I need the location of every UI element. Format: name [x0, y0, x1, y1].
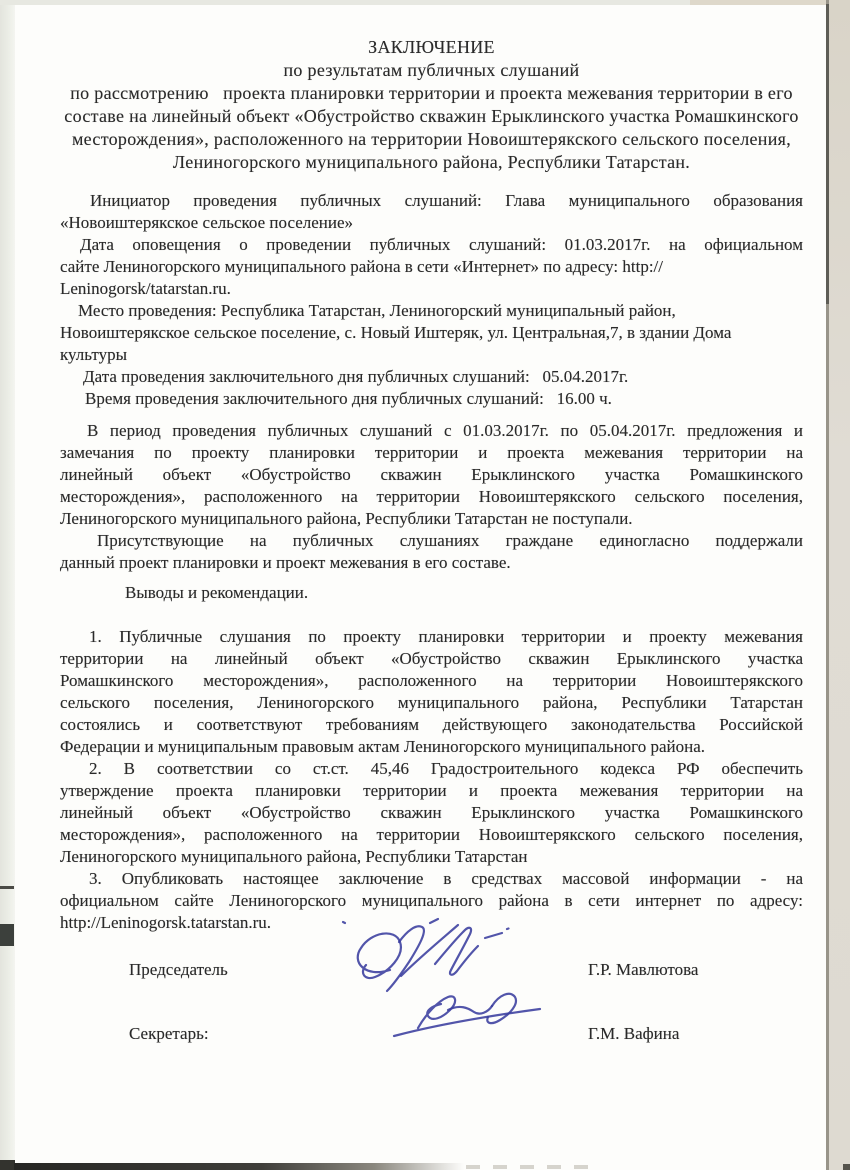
text-line: по результатам публичных слушаний [60, 59, 803, 82]
text-line: «Новоиштерякское сельское поселение» [60, 212, 803, 234]
scan-artifact-left-bottom [0, 1160, 15, 1170]
text-line: данный проект планировки и проект межева… [60, 552, 803, 574]
text-line: 1. Публичные слушания по проекту планиро… [60, 626, 803, 648]
scanner-edge-right [829, 0, 850, 1170]
text-line: Время проведения заключительного дня пуб… [60, 388, 803, 410]
text-line: состоялись и соответствуют требованиям д… [60, 714, 803, 736]
text-line: культуры [60, 344, 803, 366]
text-line: Дата оповещения о проведении публичных с… [60, 234, 803, 256]
text-line: Федерации и муниципальным правовым актам… [60, 736, 803, 758]
text-line: Инициатор проведения публичных слушаний:… [60, 190, 803, 212]
text-line: месторождения», расположенного на террит… [60, 824, 803, 846]
signatory-name: Г.М. Вафина [588, 1023, 679, 1045]
scan-artifact-bottom-strip [14, 1163, 464, 1170]
signatory-name: Г.Р. Мавлютова [588, 959, 698, 981]
text-line: официальном сайте Лениногорского муницип… [60, 890, 803, 912]
text-line: Лениногорского муниципального района, Ре… [60, 846, 803, 868]
text-line: В период проведения публичных слушаний с… [60, 420, 803, 442]
text-line: Лениногорского муниципального района, Ре… [60, 151, 803, 174]
text-line: 3. Опубликовать настоящее заключение в с… [60, 868, 803, 890]
page-right-border-line-dark [826, 4, 829, 304]
text-line: Новоиштерякское сельское поселение, с. Н… [60, 322, 803, 344]
document-body: ЗАКЛЮЧЕНИЕпо результатам публичных слуша… [60, 36, 803, 1045]
text-line: Присутствующие на публичных слушаниях гр… [60, 530, 803, 552]
text-line: утверждение проекта планировки территори… [60, 780, 803, 802]
text-line: Leninogorsk/tatarstan.ru. [60, 278, 803, 300]
secretary-signature-ink [388, 980, 553, 1042]
text-line: территории на линейный объект «Обустройс… [60, 648, 803, 670]
text-line: месторождения», расположенного на террит… [60, 486, 803, 508]
text-line: Место проведения: Республика Татарстан, … [60, 300, 803, 322]
scan-artifact-left-line [0, 886, 14, 889]
text-line: по рассмотрению проекта планировки терри… [60, 82, 803, 105]
text-line: линейный объект «Обустройство скважин Ер… [60, 464, 803, 486]
text-line: ЗАКЛЮЧЕНИЕ [60, 36, 803, 59]
text-line: Лениногорского муниципального района, Ре… [60, 508, 803, 530]
text-line: Дата проведения заключительного дня публ… [60, 366, 803, 388]
signature-role-label: Секретарь: [129, 1023, 209, 1045]
text-line: сельского поселения, Лениногорского муни… [60, 692, 803, 714]
scanner-edge-left [0, 0, 15, 1170]
text-line: Ромашкинского месторождения», расположен… [60, 670, 803, 692]
text-line: сайте Лениногорского муниципального райо… [60, 256, 803, 278]
signature-role-label: Председатель [129, 959, 228, 981]
text-line: составе на линейный объект «Обустройство… [60, 105, 803, 128]
text-line: Выводы и рекомендации. [60, 582, 803, 604]
scan-artifact-bottom-right [843, 1164, 850, 1170]
text-line: линейный объект «Обустройство скважин Ер… [60, 802, 803, 824]
scan-artifact-bottom-dashes [466, 1165, 596, 1169]
scan-artifact-left-block [0, 924, 14, 946]
text-line: замечания по проекту планировки территор… [60, 442, 803, 464]
text-line: 2. В соответствии со ст.ст. 45,46 Градос… [60, 758, 803, 780]
text-line: месторождения», расположенного на террит… [60, 128, 803, 151]
